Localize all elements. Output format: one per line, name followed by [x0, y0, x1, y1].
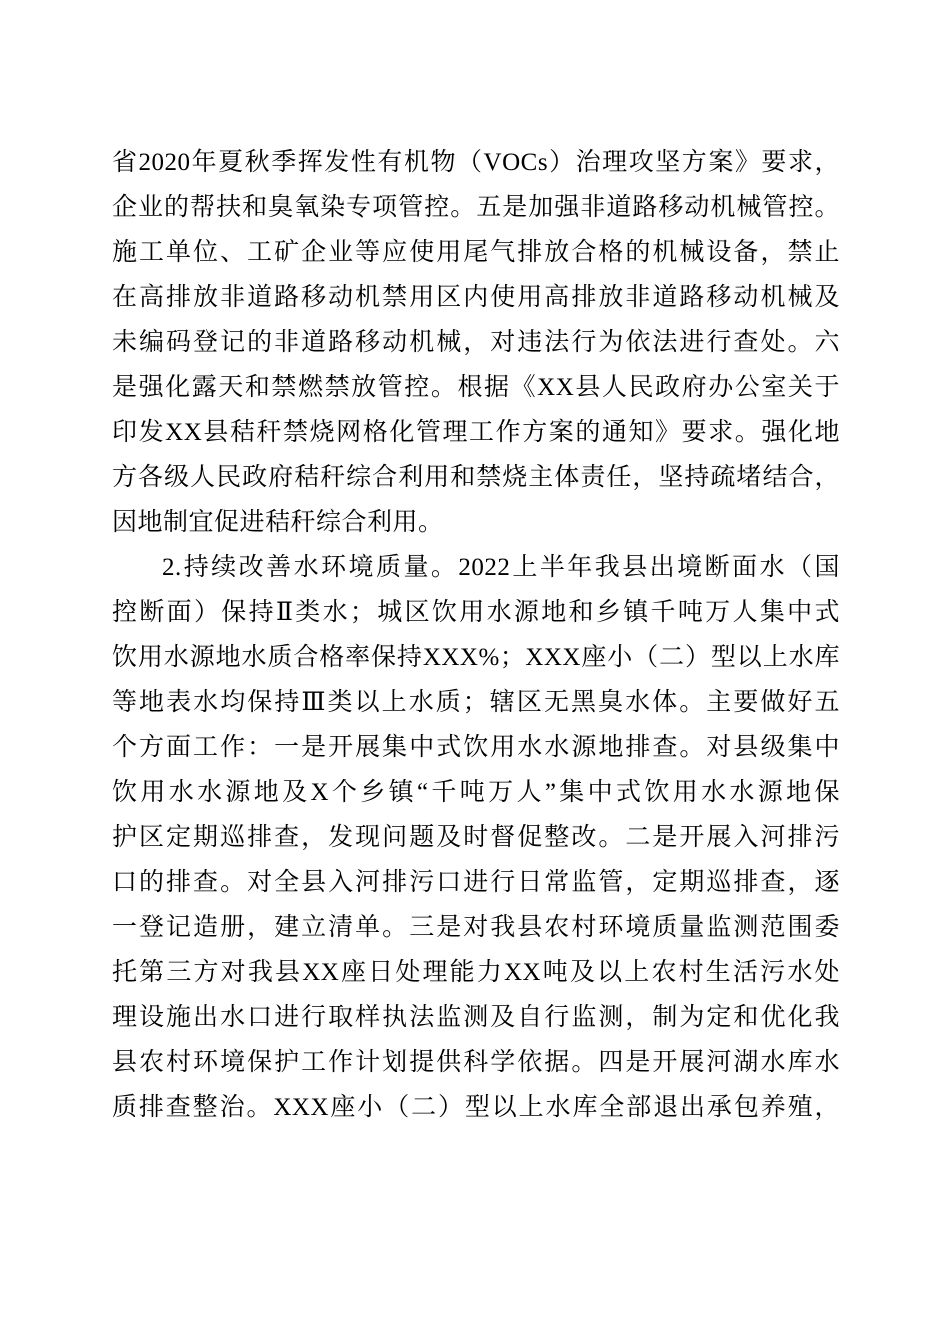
text-line: 护区定期巡排查，发现问题及时督促整改。二是开展入河排污 — [112, 815, 840, 860]
text-line: 一登记造册，建立清单。三是对我县农村环境质量监测范围委 — [112, 905, 840, 950]
text-line: 未编码登记的非道路移动机械，对违法行为依法进行查处。六 — [112, 320, 840, 365]
document-text-content: 省2020年夏秋季挥发性有机物（VOCs）治理攻坚方案》要求， 企业的帮扶和臭氧… — [112, 140, 840, 1130]
text-line: 印发XX县秸秆禁烧网格化管理工作方案的通知》要求。强化地 — [112, 410, 840, 455]
text-line: 个方面工作：一是开展集中式饮用水水源地排查。对县级集中 — [112, 725, 840, 770]
text-line: 控断面）保持Ⅱ类水；城区饮用水源地和乡镇千吨万人集中式 — [112, 590, 840, 635]
text-line: 县农村环境保护工作计划提供科学依据。四是开展河湖水库水 — [112, 1040, 840, 1085]
paragraph-air-quality-continuation: 省2020年夏秋季挥发性有机物（VOCs）治理攻坚方案》要求， 企业的帮扶和臭氧… — [112, 140, 840, 545]
text-line: 饮用水水源地及X个乡镇“千吨万人”集中式饮用水水源地保 — [112, 770, 840, 815]
text-line: 饮用水源地水质合格率保持XXX%；XXX座小（二）型以上水库 — [112, 635, 840, 680]
document-page: 省2020年夏秋季挥发性有机物（VOCs）治理攻坚方案》要求， 企业的帮扶和臭氧… — [0, 0, 950, 1344]
text-line: 方各级人民政府秸秆综合利用和禁烧主体责任，坚持疏堵结合， — [112, 455, 840, 500]
text-line: 是强化露天和禁燃禁放管控。根据《XX县人民政府办公室关于 — [112, 365, 840, 410]
text-line: 因地制宜促进秸秆综合利用。 — [112, 500, 840, 545]
text-line: 等地表水均保持Ⅲ类以上水质；辖区无黑臭水体。主要做好五 — [112, 680, 840, 725]
text-line: 托第三方对我县XX座日处理能力XX吨及以上农村生活污水处 — [112, 950, 840, 995]
text-line: 理设施出水口进行取样执法监测及自行监测，制为定和优化我 — [112, 995, 840, 1040]
text-line: 施工单位、工矿企业等应使用尾气排放合格的机械设备，禁止 — [112, 230, 840, 275]
paragraph-water-quality: 2.持续改善水环境质量。2022上半年我县出境断面水（国 控断面）保持Ⅱ类水；城… — [112, 545, 840, 1130]
text-line: 2.持续改善水环境质量。2022上半年我县出境断面水（国 — [112, 545, 840, 590]
text-line: 口的排查。对全县入河排污口进行日常监管，定期巡排查，逐 — [112, 860, 840, 905]
text-line: 在高排放非道路移动机禁用区内使用高排放非道路移动机械及 — [112, 275, 840, 320]
text-line: 省2020年夏秋季挥发性有机物（VOCs）治理攻坚方案》要求， — [112, 140, 840, 185]
text-line: 企业的帮扶和臭氧染专项管控。五是加强非道路移动机械管控。 — [112, 185, 840, 230]
text-line: 质排查整治。XXX座小（二）型以上水库全部退出承包养殖， — [112, 1085, 840, 1130]
